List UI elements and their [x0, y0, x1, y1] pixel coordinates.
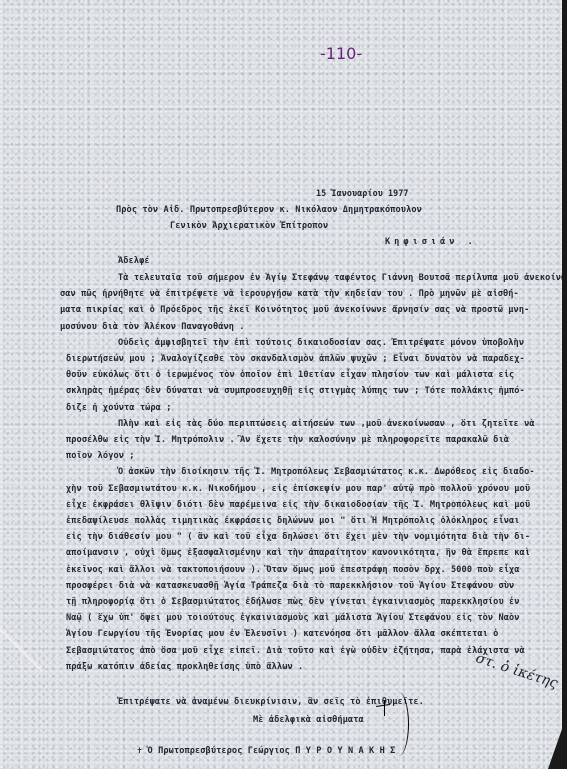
body-line: διζε ἡ χούντα τώρα ; — [66, 403, 171, 413]
body-line: Οὐδεὶς ἀμφισβητεῖ τὴν ἐπὶ τούτοις δικαιο… — [118, 338, 524, 348]
body-line: εἰς τὴν διάθεσίν μου " ( ἂν καὶ τοῦ εἶχα… — [66, 532, 530, 542]
signature-flourish-icon — [388, 692, 409, 756]
document-page: -110- 15 Ἰανουαρίου 1977 Πρὸς τὸν Αἰδ. Π… — [0, 0, 562, 769]
handwritten-note: στ. ὁ ἱκέτης — [474, 650, 560, 692]
body-line: Τὰ τελευταῖα τοῦ σήμερον ἐν Ἁγίῳ Στεφάνῳ… — [118, 273, 562, 283]
body-line: ματα πικρίας καὶ ὁ Πρόεδρος τῆς ἐκεῖ Κοι… — [60, 305, 529, 315]
salutation: Ἀδελφέ — [118, 256, 150, 266]
body-line: χὴν τοῦ Σεβασμιωτάτου κ.κ. Νικοδήμου , ε… — [66, 484, 530, 494]
body-line: Ἁγίου Γεωργίου τῆς Ἐνορίας μου ἐν Ἐλευσῖ… — [66, 629, 498, 639]
body-line: προσφέρει διὰ νὰ κατασκευασθῇ Ἁγία Τράπε… — [66, 581, 514, 591]
body-line: Ὁ ἀσκῶν τὴν διοίκησιν τῆς Ἱ. Μητροπόλεως… — [118, 467, 535, 477]
body-line: πράξω κατόπιν ἀδείας προκληθείσης ὑπὸ ἄλ… — [66, 662, 303, 672]
body-line: Πλὴν καὶ εἰς τὰς δύο περιπτώσεις αἰτήσεώ… — [118, 419, 535, 429]
body-line: ἐπεδαψίλευσε πολλὰς τιμητικὰς ἐκφράσεις … — [66, 516, 520, 526]
page-fold — [0, 627, 42, 671]
body-line: προσέλθω εἰς τὴν Ἱ. Μητρόπολιν . Ἂν ἔχετ… — [66, 435, 509, 445]
closing: Μὲ ἀδελφικὰ αἰσθήματα — [253, 715, 364, 725]
body-line: μοσύνου διὰ τὸν Ἀλέκον Παναγοθάνη . — [60, 322, 245, 332]
body-line: σαν πῶς ἠρνήθητε νὰ ἐπιτρέψετε νὰ ἱερουρ… — [60, 289, 519, 299]
body-line: διερωτήσεών μου ; Ἀναλογίζεσθε τὸν σκανδ… — [66, 354, 525, 364]
body-line: θοῦν εὐκόλως ὅτι ὁ ἱερωμένος τὸν ὁποῖον … — [66, 370, 514, 380]
torn-corner — [548, 729, 562, 769]
body-line: σκληρὰς ἡμέρας δὲν δύναται νὰ συμπροσευχ… — [66, 386, 525, 396]
recipient-line-2: Γενικὸν Ἀρχιερατικὸν Ἐπίτροπον — [170, 221, 328, 231]
page-number: -110- — [320, 44, 362, 63]
body-line: Ναῷ ( ἔχω ὑπ' ὄψει μου τοιούτους ἐγκαινι… — [66, 613, 520, 623]
body-line: Σεβασμιώτατος ἀπὸ ὅσα μοῦ εἶχε εἰπεῖ. Δι… — [66, 646, 525, 656]
recipient-line-1: Πρὸς τὸν Αἰδ. Πρωτοπρεσβύτερον κ. Νικόλα… — [116, 205, 422, 215]
signature-stroke-icon — [384, 700, 385, 716]
body-line: ἐκεῖνος καὶ ἄλλοι νὰ τακτοποιήσουν ). Ὅτ… — [66, 565, 520, 575]
body-line: ποῖον λόγον ; — [66, 451, 135, 461]
body-line: τῇ πληροφορίᾳ ὅτι ὁ Σεβασμιώτατος ἐδήλωσ… — [66, 597, 520, 607]
recipient-place: Κηφισιάν . — [385, 237, 477, 247]
letter-date: 15 Ἰανουαρίου 1977 — [316, 188, 409, 198]
signature-name: ✝ Ὁ Πρωτοπρεσβύτερος Γεώργιος Π Υ Ρ Ο Υ … — [137, 746, 395, 756]
body-line: αποίμανσιν , οὐχὶ ὅμως ἐξασφαλισμένην κα… — [66, 548, 530, 558]
body-line: εἶχε ἐκφράσει θλῖψιν διότι δὲν παρέμεινα… — [66, 500, 530, 510]
